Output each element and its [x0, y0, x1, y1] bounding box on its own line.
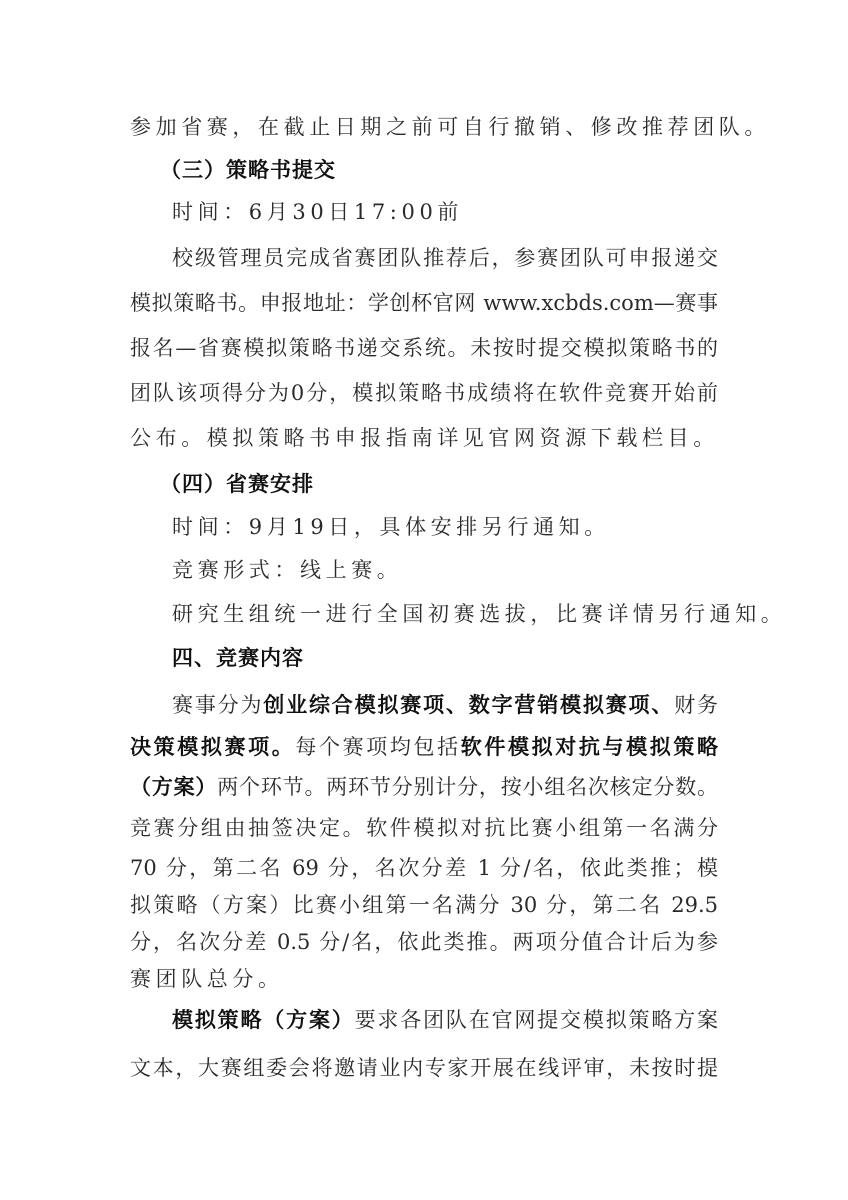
text: 每个赛项均包括	[295, 735, 460, 759]
paragraph-line: 赛事分为创业综合模拟赛项、数字营销模拟赛项、财务	[172, 690, 718, 720]
paragraph-line: 拟策略（方案）比赛小组第一名满分 30 分，第二名 29.5	[130, 890, 718, 920]
text: 要求各团队在官网提交模拟策略方案	[355, 1008, 718, 1032]
paragraph-line: 竞赛分组由抽签决定。软件模拟对抗比赛小组第一名满分	[130, 813, 718, 843]
paragraph-line: 分，名次分差 0.5 分/名，依此类推。两项分值合计后为参	[130, 927, 718, 957]
paragraph-line: 决策模拟赛项。每个赛项均包括软件模拟对抗与模拟策略	[130, 732, 718, 762]
paragraph-line: 70 分，第二名 69 分，名次分差 1 分/名，依此类推；模	[130, 853, 718, 883]
paragraph-line: 报名—省赛模拟策略书递交系统。未按时提交模拟策略书的	[130, 333, 718, 363]
bold-text: 决策模拟赛项。	[130, 735, 295, 759]
bold-text: （方案）	[130, 775, 217, 799]
text: 财务	[674, 693, 718, 717]
text: 两个环节。两环节分别计分，按小组名次核定分数。	[217, 775, 718, 799]
provincial-time: 时间：9月19日，具体安排另行通知。	[172, 512, 718, 542]
paragraph-line: 团队该项得分为0分，模拟策略书成绩将在软件竞赛开始前	[130, 378, 718, 408]
text: 赛事分为	[172, 693, 263, 717]
bold-text: 软件模拟对抗与模拟策略	[461, 735, 718, 759]
paragraph-line: 模拟策略书。申报地址：学创杯官网 www.xcbds.com—赛事	[130, 288, 718, 318]
bold-text: 创业综合模拟赛项、数字营销模拟赛项、	[263, 693, 674, 717]
section-heading-strategy-submission: （三）策略书提交	[160, 155, 336, 185]
paragraph-line: 校级管理员完成省赛团队推荐后，参赛团队可申报递交	[172, 243, 718, 273]
paragraph-line: 文本，大赛组委会将邀请业内专家开展在线评审，未按时提	[130, 1053, 718, 1083]
paragraph-line: （方案）两个环节。两环节分别计分，按小组名次核定分数。	[130, 772, 718, 802]
section-heading-provincial-arrangement: （四）省赛安排	[160, 469, 314, 499]
paragraph-line: 公布。模拟策略书申报指南详见官网资源下载栏目。	[130, 423, 718, 453]
competition-format: 竞赛形式：线上赛。	[172, 555, 718, 585]
paragraph-line: 赛团队总分。	[130, 964, 718, 994]
submission-time: 时间：6月30日17:00前	[172, 197, 718, 227]
paragraph-line: 参加省赛，在截止日期之前可自行撤销、修改推荐团队。	[130, 112, 718, 142]
document-page: 参加省赛，在截止日期之前可自行撤销、修改推荐团队。 （三）策略书提交 时间：6月…	[0, 0, 848, 1200]
section-heading-competition-content: 四、竞赛内容	[172, 643, 304, 673]
bold-text: 模拟策略（方案）	[172, 1008, 355, 1032]
paragraph-line: 模拟策略（方案）要求各团队在官网提交模拟策略方案	[172, 1005, 718, 1035]
graduate-group-note: 研究生组统一进行全国初赛选拔，比赛详情另行通知。	[172, 599, 718, 629]
